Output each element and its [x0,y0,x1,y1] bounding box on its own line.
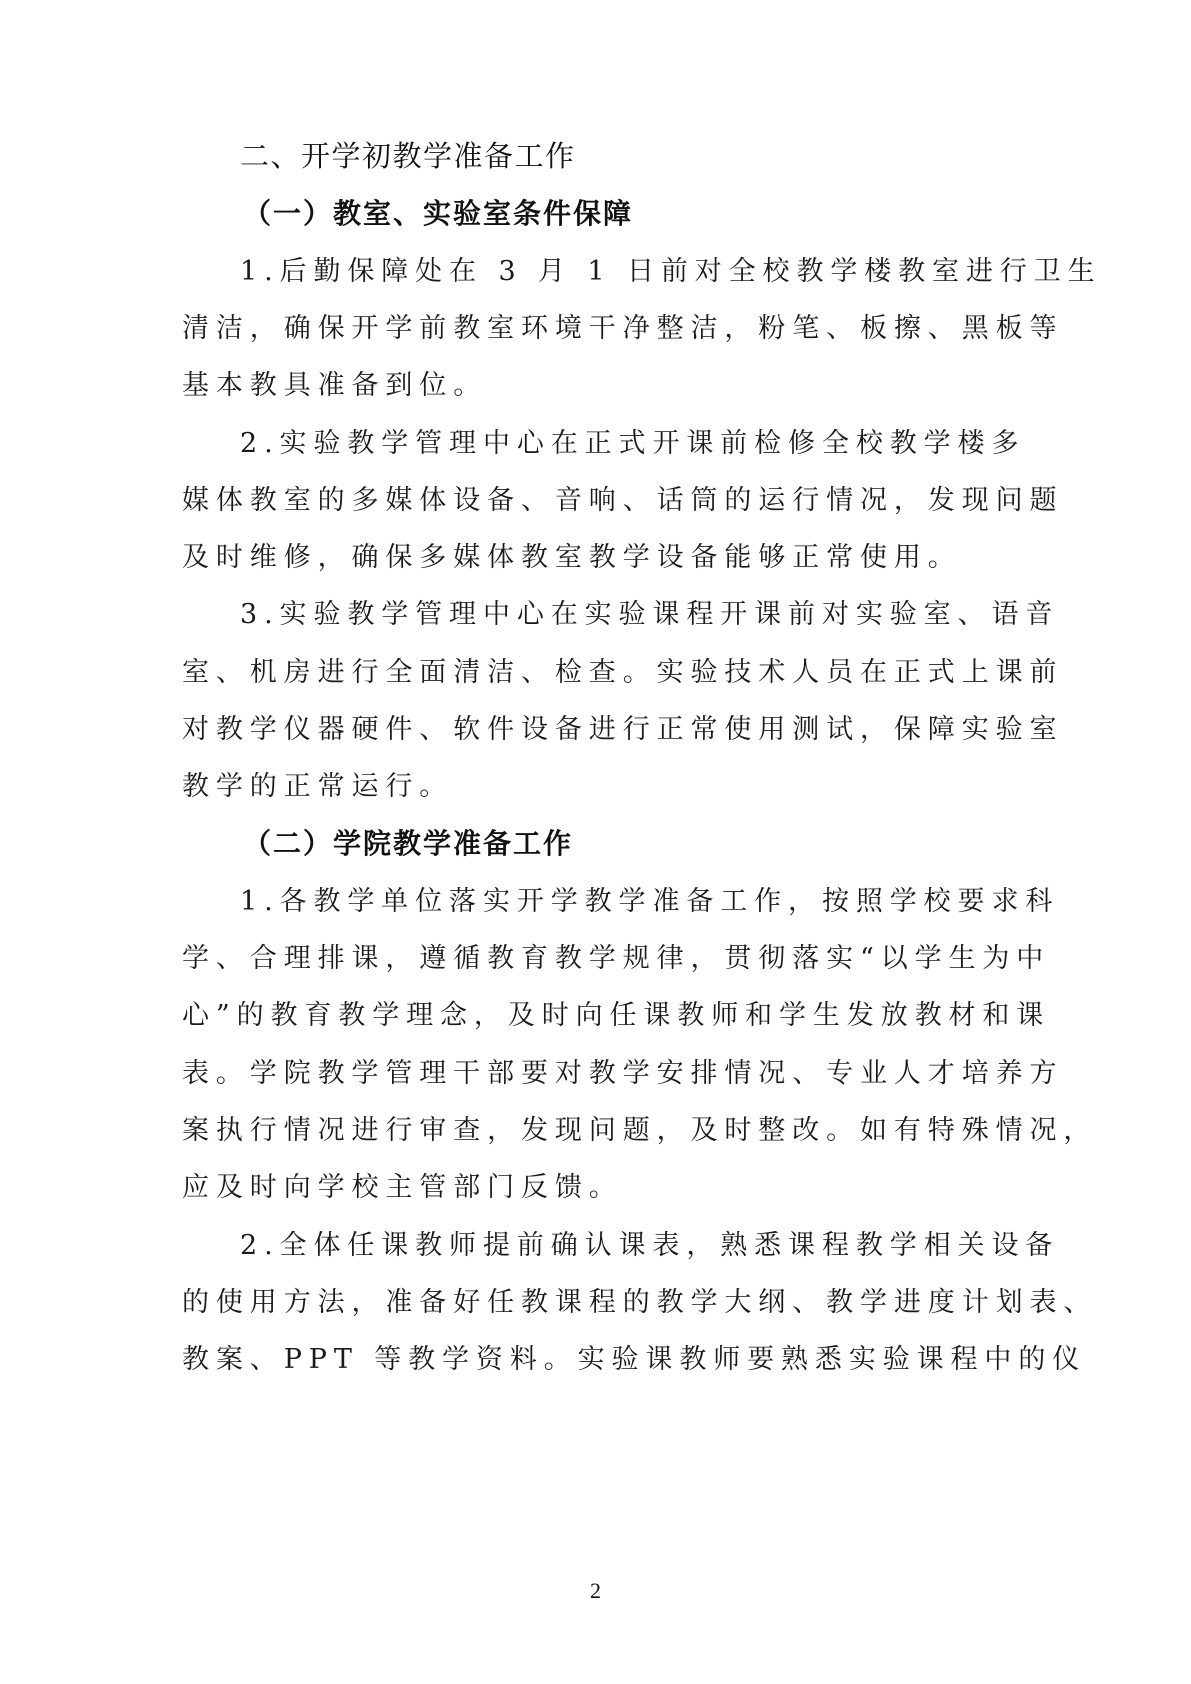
paragraph-line: 教学的正常运行。 [182,769,453,805]
paragraph-line: 媒体教室的多媒体设备、音响、话筒的运行情况，发现问题 [182,483,1063,519]
paragraph-line: 2.全体任课教师提前确认课表，熟悉课程教学相关设备 [240,1228,1059,1264]
paragraph-line: 1.各教学单位落实开学教学准备工作，按照学校要求科 [240,884,1059,920]
subsection-heading-2: （二）学院教学准备工作 [243,826,573,862]
paragraph-line: 2.实验教学管理中心在正式开课前检修全校教学楼多 [240,426,1025,462]
paragraph-line: 应及时向学校主管部门反馈。 [182,1170,623,1206]
paragraph-line: 学、合理排课，遵循教育教学规律，贯彻落实“以学生为中 [182,941,1050,977]
paragraph-line: 清洁，确保开学前教室环境干净整洁，粉笔、板擦、黑板等 [182,311,1063,347]
document-page: 二、开学初教学准备工作 （一）教室、实验室条件保障 1.后勤保障处在 3 月 1… [0,0,1191,1684]
paragraph-line: 3.实验教学管理中心在实验课程开课前对实验室、语音 [240,597,1059,633]
paragraph-line: 室、机房进行全面清洁、检查。实验技术人员在正式上课前 [182,655,1063,691]
paragraph-line: 教案、PPT 等教学资料。实验课教师要熟悉实验课程中的仪 [182,1342,1086,1378]
page-number: 2 [0,1578,1191,1604]
paragraph-line: 的使用方法，准备好任教课程的教学大纲、教学进度计划表、 [182,1285,1097,1321]
subsection-heading-1: （一）教室、实验室条件保障 [243,196,633,232]
section-title: 二、开学初教学准备工作 [240,138,576,174]
paragraph-line: 对教学仪器硬件、软件设备进行正常使用测试，保障实验室 [182,712,1063,748]
paragraph-line: 基本教具准备到位。 [182,368,487,404]
paragraph-line: 及时维修，确保多媒体教室教学设备能够正常使用。 [182,540,962,576]
paragraph-line: 1.后勤保障处在 3 月 1 日前对全校教学楼教室进行卫生 [240,254,1102,290]
paragraph-line: 表。学院教学管理干部要对教学安排情况、专业人才培养方 [182,1056,1063,1092]
paragraph-line: 案执行情况进行审查，发现问题，及时整改。如有特殊情况， [182,1113,1097,1149]
paragraph-line: 心”的教育教学理念，及时向任课教师和学生发放教材和课 [182,998,1050,1034]
